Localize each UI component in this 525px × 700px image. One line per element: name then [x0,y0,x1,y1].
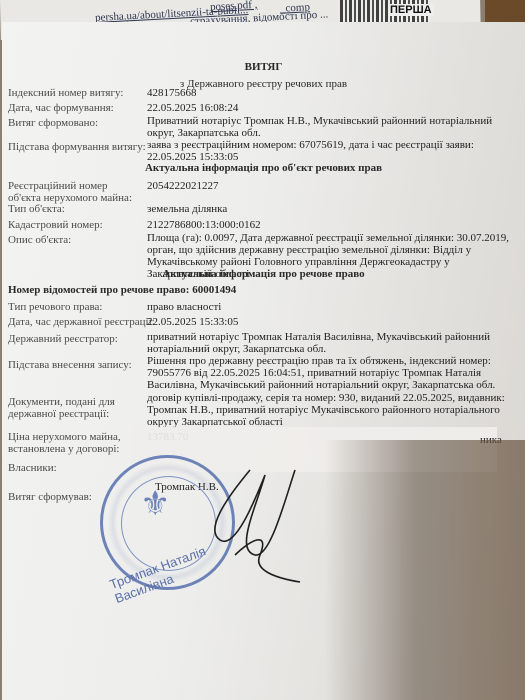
documents-label: Документи, подані для державної реєстрац… [8,396,138,420]
registry-extract-document: ВИТЯГ з Державного реєстру речових прав … [2,22,525,700]
index-number-value: 428175668 [147,87,517,99]
document-title: ВИТЯГ [2,61,525,73]
background-comp-link: _comp [280,1,311,15]
formation-date-value: 22.05.2025 16:08:24 [147,102,517,114]
right-type-value: право власності [147,301,517,313]
entry-basis-value: Рішення про державну реєстрацію прав та … [147,355,517,391]
object-section-title: Актуальна інформація про об'єкт речових … [2,162,525,174]
price-label: Ціна нерухомого майна, встановлена у дог… [8,431,138,455]
cadastral-number-value: 2122786800:13:000:0162 [147,219,517,231]
formation-basis-value: заява з реєстраційним номером: 67075619,… [147,139,517,163]
object-reg-number-value: 2054222021227 [147,180,517,192]
trident-emblem-icon: ⚜ [140,488,170,522]
qr-brand-label: ПЕРША [388,4,434,16]
formed-by-value: Приватний нотаріус Тромпак Н.В., Мукачів… [147,115,517,139]
object-reg-number-label: Реєстраційний номер об'єкта нерухомого м… [8,180,138,204]
owner-tail-text: ника [480,434,520,446]
right-section-title: Актуальна інформація про речове право [2,268,525,280]
object-type-value: земельна ділянка [147,203,517,215]
right-number-line: Номер відомостей про речове право: 60001… [8,284,236,296]
documents-value: договір купівлі-продажу, серія та номер:… [147,392,517,428]
registration-date-value: 22.05.2025 15:33:05 [147,316,517,328]
registrar-value: приватний нотаріус Тромпак Наталія Васил… [147,331,517,355]
signature [195,460,305,590]
